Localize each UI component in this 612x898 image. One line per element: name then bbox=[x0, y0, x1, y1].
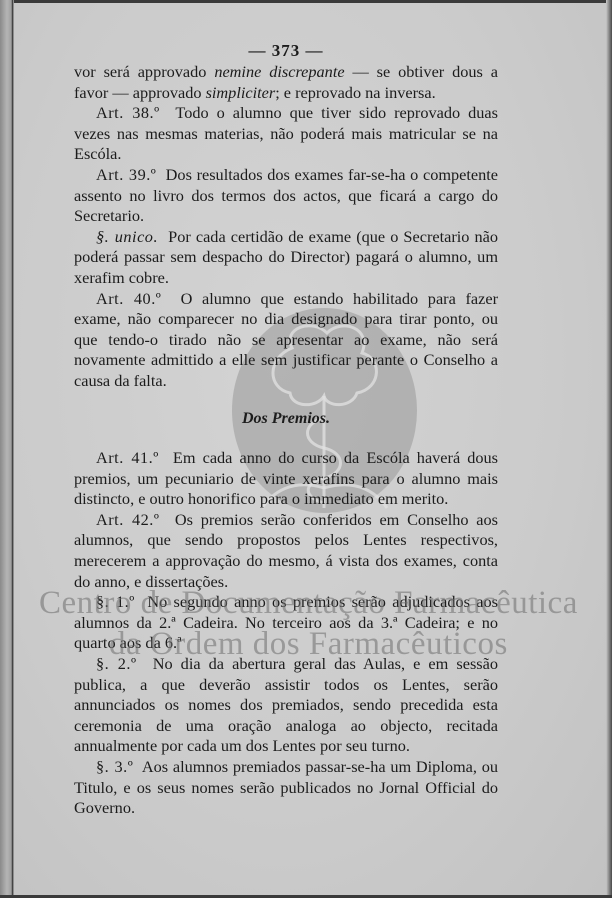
section-number: §. 2.º bbox=[96, 654, 137, 673]
section-number: §. 3.º bbox=[96, 757, 133, 776]
page-body: — 373 — vor será approvado nemine discre… bbox=[74, 41, 498, 819]
section-number: §. 1.º bbox=[96, 592, 135, 611]
article-number: Art. 41.º bbox=[96, 448, 159, 467]
article-number: Art. 42.º bbox=[96, 510, 159, 529]
article-41: Art. 41.º Em cada anno do curso da Escól… bbox=[74, 448, 498, 510]
section-heading: Dos Premios. bbox=[74, 409, 498, 430]
book-page: — 373 — vor será approvado nemine discre… bbox=[14, 3, 606, 895]
paragraph-continuation: vor será approvado nemine discrepante — … bbox=[74, 62, 498, 103]
section-text: Aos alumnos premiados passar-se-ha um Di… bbox=[74, 757, 498, 817]
text-segment: vor será approvado bbox=[74, 62, 214, 81]
article-42: Art. 42.º Os premios serão conferidos em… bbox=[74, 510, 498, 592]
page-number: — 373 — bbox=[74, 41, 498, 61]
text-segment: ; e reprovado na inversa. bbox=[275, 83, 435, 102]
text-segment-italic: nemine discrepante bbox=[214, 62, 344, 81]
paragraph-1: §. 1.º No segundo anno os premios serão … bbox=[74, 592, 498, 654]
article-number: Art. 38.º bbox=[96, 103, 160, 122]
article-40: Art. 40.º O alumno que estando habilitad… bbox=[74, 289, 498, 392]
scanned-page: — 373 — vor será approvado nemine discre… bbox=[0, 0, 612, 898]
article-38: Art. 38.º Todo o alumno que tiver sido r… bbox=[74, 103, 498, 165]
paragraph-unico: §. unico. Por cada certidão de exame (qu… bbox=[74, 227, 498, 289]
article-39: Art. 39.º Dos resultados dos exames far-… bbox=[74, 165, 498, 227]
article-number: Art. 39.º bbox=[96, 165, 156, 184]
section-number: §. unico. bbox=[96, 227, 158, 246]
paragraph-3: §. 3.º Aos alumnos premiados passar-se-h… bbox=[74, 757, 498, 819]
article-number: Art. 40.º bbox=[96, 289, 161, 308]
scan-right-edge bbox=[606, 0, 612, 898]
text-segment-italic: simpliciter bbox=[206, 83, 276, 102]
section-text: No segundo anno os premios serão adjudic… bbox=[74, 592, 498, 652]
paragraph-2: §. 2.º No dia da abertura geral das Aula… bbox=[74, 654, 498, 757]
section-text: No dia da abertura geral das Aulas, e em… bbox=[74, 654, 498, 755]
book-spine-shadow bbox=[0, 0, 14, 898]
